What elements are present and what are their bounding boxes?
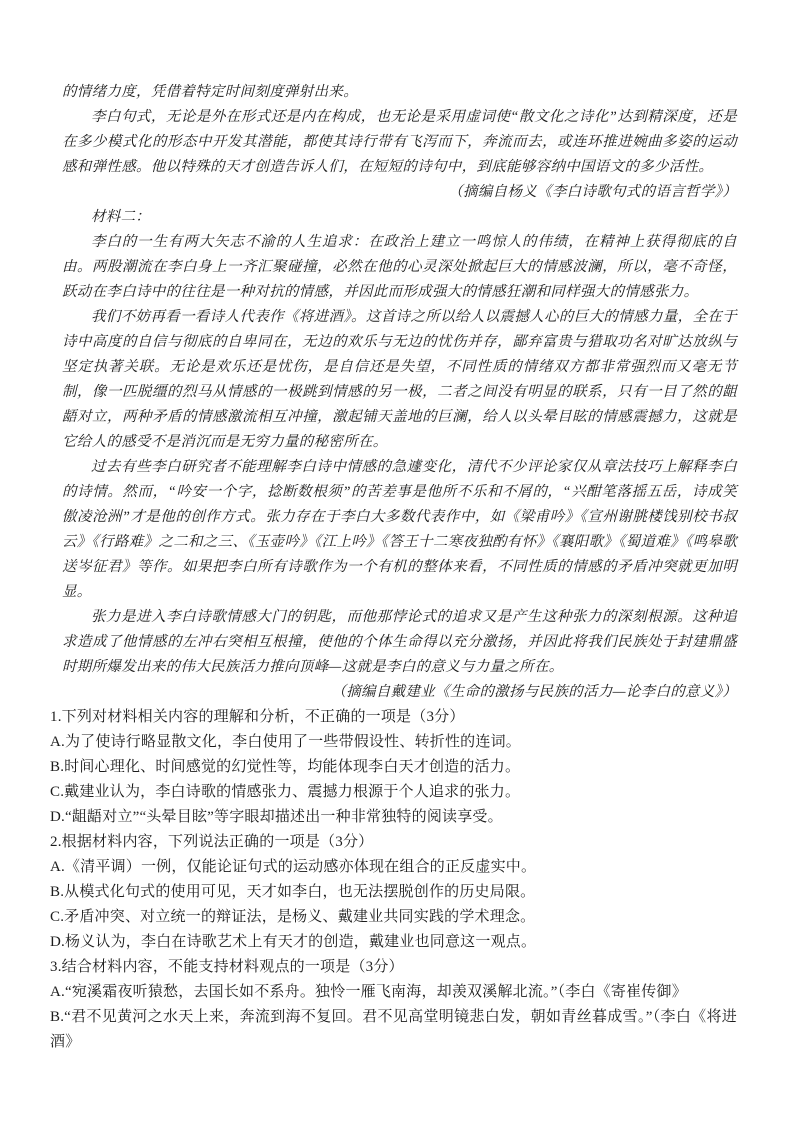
question-2-option-b: B.从模式化句式的使用可见，天才如李白，也无法摆脱创作的历史局限。 [50, 880, 737, 905]
question-2: 2.根据材料内容，下列说法正确的一项是（3分） A.《清平调）一例，仅能论证句式… [50, 830, 737, 955]
question-1: 1.下列对材料相关内容的理解和分析，不正确的一项是（3分） A.为了使诗行略显散… [50, 705, 737, 830]
question-3: 3.结合材料内容，不能支持材料观点的一项是（3分） A.“宛溪霜夜听猿愁，去国长… [50, 955, 737, 1055]
material-two-paragraph-1: 李白的一生有两大矢志不渝的人生追求：在政治上建立一鸣惊人的伟绩，在精神上获得彻底… [62, 230, 737, 305]
question-1-option-d: D.“龃龉对立”“头晕目眩”等字眼却描述出一种非常独特的阅读享受。 [50, 805, 737, 830]
question-2-option-c: C.矛盾冲突、对立统一的辩证法，是杨义、戴建业共同实践的学术理念。 [50, 905, 737, 930]
material-two-paragraph-3: 过去有些李白研究者不能理解李白诗中情感的急遽变化，清代不少评论家仅从章法技巧上解… [62, 455, 737, 605]
question-2-stem: 2.根据材料内容，下列说法正确的一项是（3分） [50, 830, 737, 855]
exam-page: 的情绪力度，凭借着特定时间刻度弹射出来。 李白句式，无论是外在形式还是内在构成，… [0, 0, 794, 1123]
question-3-stem: 3.结合材料内容，不能支持材料观点的一项是（3分） [50, 955, 737, 980]
material-one-section: 的情绪力度，凭借着特定时间刻度弹射出来。 李白句式，无论是外在形式还是内在构成，… [62, 80, 737, 205]
material-two-section: 材料二： 李白的一生有两大矢志不渝的人生追求：在政治上建立一鸣惊人的伟绩，在精神… [62, 205, 737, 705]
material-one-continuation-line: 的情绪力度，凭借着特定时间刻度弹射出来。 [62, 80, 737, 105]
question-2-option-d: D.杨义认为，李白在诗歌艺术上有天才的创造，戴建业也同意这一观点。 [50, 930, 737, 955]
material-two-attribution: （摘编自戴建业《生命的激扬与民族的活力—论李白的意义》） [62, 680, 737, 705]
material-two-label: 材料二： [62, 205, 737, 230]
material-one-paragraph: 李白句式，无论是外在形式还是内在构成，也无论是采用虚词使“散文化之诗化”达到精深… [62, 105, 737, 180]
questions-section: 1.下列对材料相关内容的理解和分析，不正确的一项是（3分） A.为了使诗行略显散… [50, 705, 737, 1055]
question-1-option-c: C.戴建业认为，李白诗歌的情感张力、震撼力根源于个人追求的张力。 [50, 780, 737, 805]
question-3-option-b: B.“君不见黄河之水天上来，奔流到海不复回。君不见高堂明镜悲白发，朝如青丝暮成雪… [50, 1005, 737, 1055]
material-one-attribution: （摘编自杨义《李白诗歌句式的语言哲学》） [62, 180, 737, 205]
question-1-option-b: B.时间心理化、时间感觉的幻觉性等，均能体现李白天才创造的活力。 [50, 755, 737, 780]
question-2-option-a: A.《清平调）一例，仅能论证句式的运动感亦体现在组合的正反虚实中。 [50, 855, 737, 880]
question-1-option-a: A.为了使诗行略显散文化，李白使用了一些带假设性、转折性的连词。 [50, 730, 737, 755]
material-two-paragraph-4: 张力是进入李白诗歌情感大门的钥匙，而他那悖论式的追求又是产生这种张力的深刻根源。… [62, 605, 737, 680]
question-1-stem: 1.下列对材料相关内容的理解和分析，不正确的一项是（3分） [50, 705, 737, 730]
question-3-option-a: A.“宛溪霜夜听猿愁，去国长如不系舟。独怜一雁飞南海，却羡双溪解北流。”（李白《… [50, 980, 737, 1005]
material-two-paragraph-2: 我们不妨再看一看诗人代表作《将进酒》。这首诗之所以给人以震撼人心的巨大的情感力量… [62, 305, 737, 455]
